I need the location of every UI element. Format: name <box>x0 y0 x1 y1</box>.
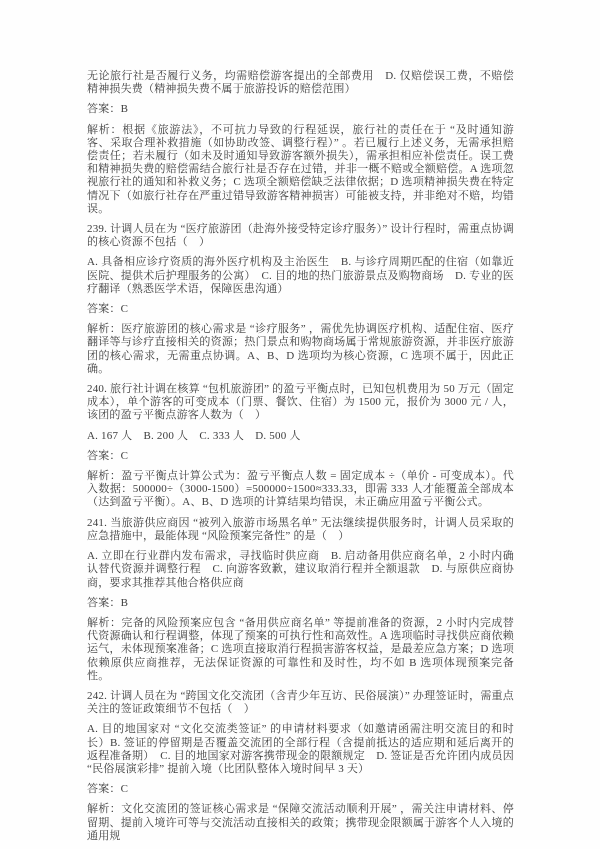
question-stem: 241. 当旅游供应商因 “被列入旅游市场黑名单” 无法继续提供服务时，计调人员… <box>87 517 514 543</box>
question-options: A. 具备相应诊疗资质的海外医疗机构及主治医生 B. 与诊疗周期匹配的住宿（如靠… <box>87 256 514 296</box>
question-241: 241. 当旅游供应商因 “被列入旅游市场黑名单” 无法继续提供服务时，计调人员… <box>87 517 514 683</box>
answer-line: 答案：C <box>87 783 514 796</box>
analysis-paragraph: 解析：根据《旅游法》，不可抗力导致的行程延误，旅行社的责任在于 “及时通知游客、… <box>87 124 514 216</box>
answer-line: 答案：B <box>87 103 514 116</box>
question-stem: 239. 计调人员在为 “医疗旅游团（赴海外接受特定诊疗服务）” 设计行程时，需… <box>87 223 514 249</box>
document-page: 无论旅行社是否履行义务，均需赔偿游客提出的全部费用 D. 仅赔偿误工费，不赔偿精… <box>0 0 600 849</box>
analysis-paragraph: 解析：医疗旅游团的核心需求是 “诊疗服务” ，需优先协调医疗机构、适配住宿、医疗… <box>87 323 514 376</box>
question-242: 242. 计调人员在为 “跨国文化交流团（含青少年互访、民俗展演）” 办理签证时… <box>87 690 514 843</box>
answer-line: 答案：B <box>87 597 514 610</box>
answer-line: 答案：C <box>87 450 514 463</box>
question-options: A. 167 人 B. 200 人 C. 333 人 D. 500 人 <box>87 430 514 443</box>
question-240: 240. 旅行社计调在核算 “包机旅游团” 的盈亏平衡点时，已知包机费用为 50… <box>87 383 514 510</box>
question-options-continuation: 无论旅行社是否履行义务，均需赔偿游客提出的全部费用 D. 仅赔偿误工费，不赔偿精… <box>87 70 514 96</box>
question-options: A. 目的地国家对 “文化交流类签证” 的申请材料要求（如邀请函需注明交流目的和… <box>87 723 514 776</box>
question-238-tail: 无论旅行社是否履行义务，均需赔偿游客提出的全部费用 D. 仅赔偿误工费，不赔偿精… <box>87 70 514 216</box>
question-stem: 240. 旅行社计调在核算 “包机旅游团” 的盈亏平衡点时，已知包机费用为 50… <box>87 383 514 423</box>
question-options: A. 立即在行业群内发布需求，寻找临时供应商 B. 启动备用供应商名单，2 小时… <box>87 550 514 590</box>
answer-line: 答案：C <box>87 303 514 316</box>
question-stem: 242. 计调人员在为 “跨国文化交流团（含青少年互访、民俗展演）” 办理签证时… <box>87 690 514 716</box>
question-239: 239. 计调人员在为 “医疗旅游团（赴海外接受特定诊疗服务）” 设计行程时，需… <box>87 223 514 376</box>
analysis-paragraph: 解析：完备的风险预案应包含 “备用供应商名单” 等提前准备的资源，2 小时内完成… <box>87 617 514 683</box>
analysis-paragraph: 解析：文化交流团的签证核心需求是 “保障交流活动顺利开展” ，需关注申请材料、停… <box>87 803 514 843</box>
analysis-paragraph: 解析：盈亏平衡点计算公式为：盈亏平衡点人数 = 固定成本 ÷（单价 - 可变成本… <box>87 470 514 510</box>
